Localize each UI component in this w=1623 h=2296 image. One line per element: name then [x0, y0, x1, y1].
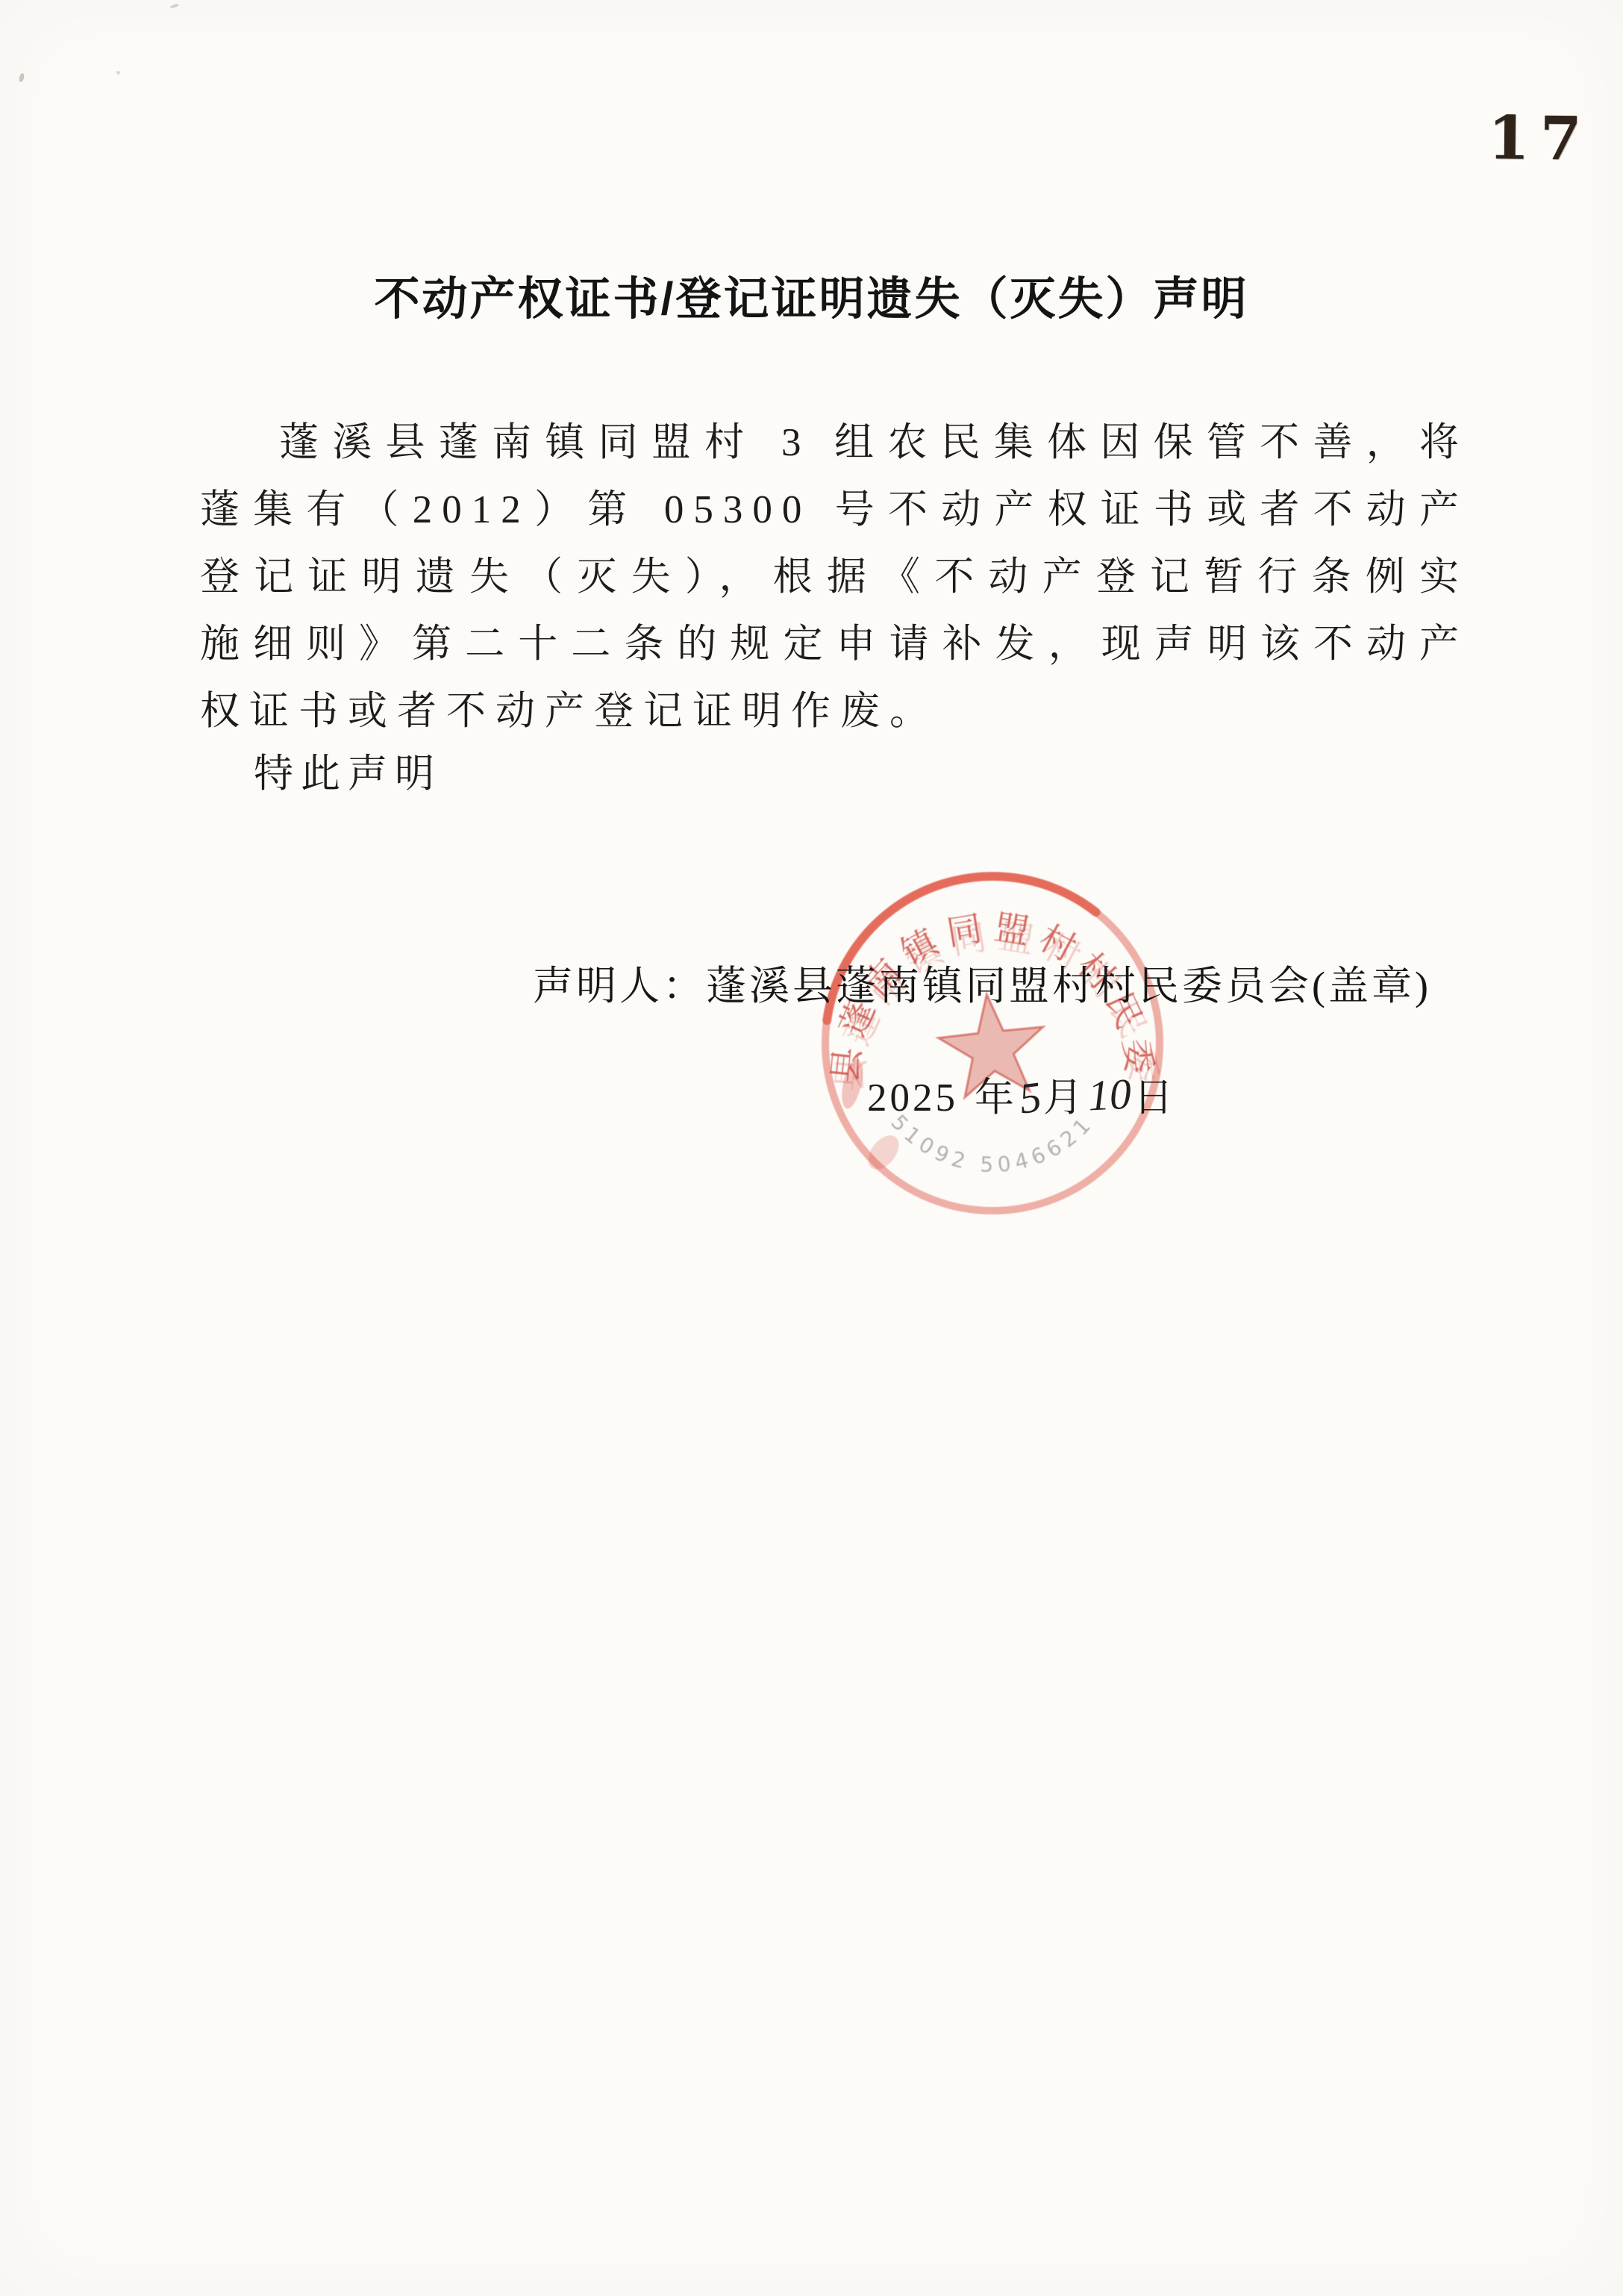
page-number: 17	[1488, 102, 1592, 173]
body-line: 蓬集有（2012）第 05300 号不动产权证书或者不动产	[200, 476, 1469, 543]
official-seal-stamp: 蓬溪县蓬南镇同盟村村民委员会 蓬溪县蓬南镇同盟村村民委员会 51092 5046…	[812, 863, 1173, 1224]
closing-statement: 特此声明	[200, 740, 1469, 808]
date-month-handwritten: 5	[1016, 1071, 1044, 1123]
date-month-unit: 月	[1043, 1076, 1086, 1120]
declarant-signature-line: 声明人：蓬溪县蓬南镇同盟村村民委员会(盖章)	[533, 954, 1431, 1011]
body-line: 权证书或者不动产登记证明作废。	[200, 678, 1469, 745]
document-title: 不动产权证书/登记证明遗失（灭失）声明	[0, 263, 1623, 328]
date-year: 2025	[867, 1076, 958, 1120]
scanned-document-page: 17 不动产权证书/登记证明遗失（灭失）声明 蓬溪县蓬南镇同盟村 3 组农民集体…	[0, 0, 1623, 2296]
body-line: 登记证明遗失（灭失），根据《不动产登记暂行条例实	[200, 543, 1469, 611]
scan-speckle	[19, 72, 25, 82]
declaration-body: 蓬溪县蓬南镇同盟村 3 组农民集体因保管不善，将 蓬集有（2012）第 0530…	[200, 409, 1469, 808]
body-line: 施细则》第二十二条的规定申请补发，现声明该不动产	[200, 611, 1469, 678]
seal-graphic: 蓬溪县蓬南镇同盟村村民委员会 蓬溪县蓬南镇同盟村村民委员会 51092 5046…	[812, 863, 1173, 1224]
body-line: 蓬溪县蓬南镇同盟村 3 组农民集体因保管不善，将	[200, 409, 1469, 476]
scan-speckle	[170, 3, 180, 9]
date-day-unit: 日	[1133, 1076, 1176, 1120]
date-year-unit: 年	[975, 1076, 1017, 1120]
date-day-handwritten: 10	[1086, 1069, 1132, 1121]
scan-speckle	[116, 71, 120, 75]
date-line: 2025年5月10日	[867, 1066, 1176, 1123]
